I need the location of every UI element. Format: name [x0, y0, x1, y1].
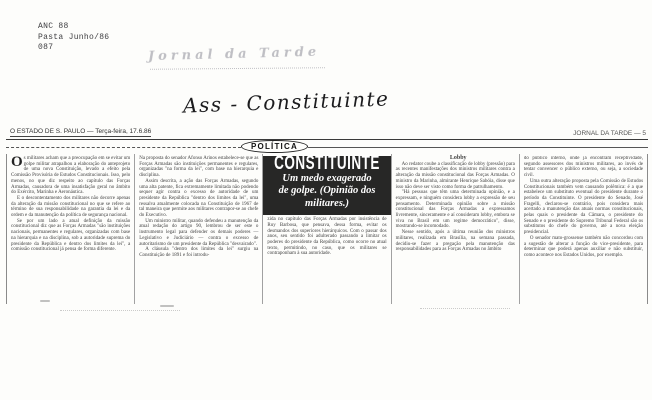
paragraph-text: s militares acham que a preocupação em s… [11, 156, 130, 195]
article-column-4: Lobby Ao redator coube a classificação d… [392, 154, 520, 304]
paragraph: E o descontentamento dos militares não d… [11, 196, 130, 219]
paragraph: Os militares acham que a preocupação em … [11, 156, 130, 196]
paragraph: Se por um lado a atual definição da miss… [11, 219, 130, 253]
archive-line-1: ANC 88 [38, 22, 109, 33]
paragraph: Nesse sentido, após a última reunião dos… [396, 230, 515, 253]
masthead-left: O ESTADO DE S. PAULO — Terça-feira, 17.6… [10, 128, 151, 137]
paragraph: "Há pessoas que têm uma determinada opin… [396, 190, 515, 230]
headline: Um medo exagerado de golpe. (Opinião dos… [266, 171, 387, 211]
paragraph: zida no capítulo das Forças Armadas por … [267, 217, 386, 257]
masthead: O ESTADO DE S. PAULO — Terça-feira, 17.6… [6, 128, 648, 138]
scan-artifact [160, 305, 174, 307]
paragraph: Ao redator coube a classificação de lobb… [396, 162, 515, 191]
paragraph: do público interno, onde já encontram re… [524, 156, 643, 179]
faded-stamp: Jornal da Tarde [148, 45, 320, 65]
section-badge: POLÍTICA [241, 140, 308, 154]
paragraph: Uma outra alteração proposta pela Comiss… [524, 179, 643, 236]
article-column-3: CONSTITUINTE Um medo exagerado de golpe.… [263, 154, 391, 304]
newspaper-clipping: O ESTADO DE S. PAULO — Terça-feira, 17.6… [6, 128, 648, 304]
scan-artifact [60, 310, 180, 311]
archive-line-3: 087 [38, 43, 109, 54]
drop-cap: O [11, 156, 24, 168]
archive-annotation: ANC 88 Pasta Junho/86 087 [38, 22, 109, 54]
rule-segment-left [6, 147, 241, 148]
scanned-page: ANC 88 Pasta Junho/86 087 Jornal da Tard… [0, 0, 652, 400]
kicker: CONSTITUINTE [266, 159, 387, 167]
article-column-1: Os militares acham que a preocupação em … [7, 154, 135, 304]
section-rule: POLÍTICA [6, 140, 648, 153]
stamp-underline [150, 67, 325, 70]
paragraph: A cláusula "dentro dos limites da lei" s… [139, 247, 258, 258]
archive-line-2: Pasta Junho/86 [38, 33, 109, 44]
scan-artifact [40, 300, 50, 302]
paragraph: Um ministro militar, quando defendeu a m… [139, 219, 258, 248]
article-column-2: Na proposta do senador Afonso Arinos est… [135, 154, 263, 304]
headline-box: CONSTITUINTE Um medo exagerado de golpe.… [263, 156, 390, 215]
paragraph: Assim descrita, a ação das Forças Armada… [139, 179, 258, 219]
paragraph: O senador mato-grossense também não conc… [524, 236, 643, 259]
rule-segment-right [308, 147, 648, 148]
scan-artifact [420, 308, 510, 309]
handwritten-label: Ass - Constituinte [183, 86, 390, 117]
article-columns: Os militares acham que a preocupação em … [6, 154, 648, 304]
article-column-5: do público interno, onde já encontram re… [520, 154, 647, 304]
masthead-right: JORNAL DA TARDE — 5 [573, 130, 646, 137]
paragraph: Na proposta do senador Afonso Arinos est… [139, 156, 258, 179]
